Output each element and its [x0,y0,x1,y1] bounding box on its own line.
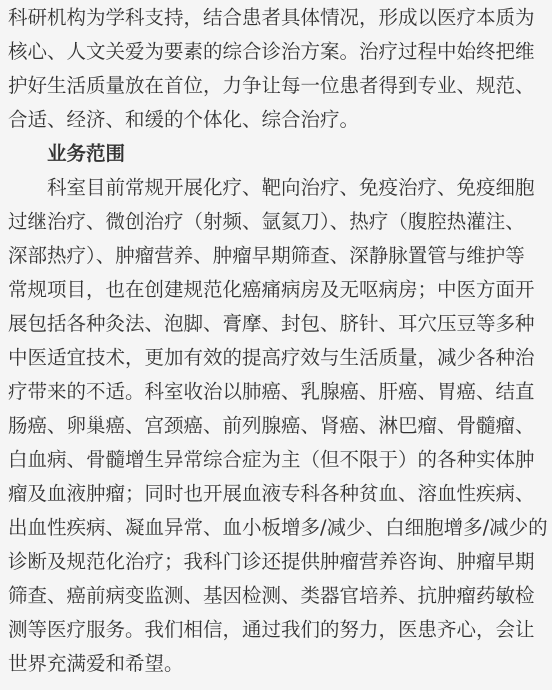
text-line: 核心、人文关爱为要素的综合诊治方案。治疗过程中始终把维 [8,34,544,69]
text-line: 常规项目，也在创建规范化癌痛病房及无呕病房；中医方面开 [8,272,544,307]
text-line: 诊断及规范化治疗；我科门诊还提供肿瘤营养咨询、肿瘤早期 [8,544,544,579]
text-line: 展包括各种灸法、泡脚、膏摩、封包、脐针、耳穴压豆等多种 [8,306,544,341]
section-heading: 业务范围 [8,136,544,171]
text-line: 过继治疗、微创治疗（射频、氩氦刀）、热疗（腹腔热灌注、 [8,204,544,239]
text-line: 中医适宜技术，更加有效的提高疗效与生活质量，减少各种治 [8,340,544,375]
intro-paragraph: 科研机构为学科支持，结合患者具体情况，形成以医疗本质为 核心、人文关爱为要素的综… [8,0,544,137]
text-line: 筛查、癌前病变监测、基因检测、类器官培养、抗肿瘤药敏检 [8,578,544,613]
text-line: 白血病、骨髓增生异常综合症为主（但不限于）的各种实体肿 [8,442,544,477]
section-heading-paragraph: 业务范围 [8,136,544,171]
text-line: 测等医疗服务。我们相信，通过我们的努力，医患齐心，会让 [8,612,544,647]
article-body: 科研机构为学科支持，结合患者具体情况，形成以医疗本质为 核心、人文关爱为要素的综… [0,0,552,681]
text-line: 合适、经济、和缓的个体化、综合治疗。 [8,102,544,137]
text-line: 肠癌、卵巢癌、宫颈癌、前列腺癌、肾癌、淋巴瘤、骨髓瘤、 [8,408,544,443]
text-line: 瘤及血液肿瘤；同时也开展血液专科各种贫血、溶血性疾病、 [8,476,544,511]
text-line: 深部热疗）、肿瘤营养、肿瘤早期筛查、深静脉置管与维护等 [8,238,544,273]
business-scope-paragraph: 科室目前常规开展化疗、靶向治疗、免疫治疗、免疫细胞 过继治疗、微创治疗（射频、氩… [8,170,544,681]
text-line: 科研机构为学科支持，结合患者具体情况，形成以医疗本质为 [8,0,544,35]
text-line: 护好生活质量放在首位，力争让每一位患者得到专业、规范、 [8,68,544,103]
text-line: 世界充满爱和希望。 [8,646,544,681]
text-line: 疗带来的不适。科室收治以肺癌、乳腺癌、肝癌、胃癌、结直 [8,374,544,409]
text-line: 出血性疾病、凝血异常、血小板增多/减少、白细胞增多/减少的 [8,510,544,545]
text-line: 科室目前常规开展化疗、靶向治疗、免疫治疗、免疫细胞 [8,170,544,205]
